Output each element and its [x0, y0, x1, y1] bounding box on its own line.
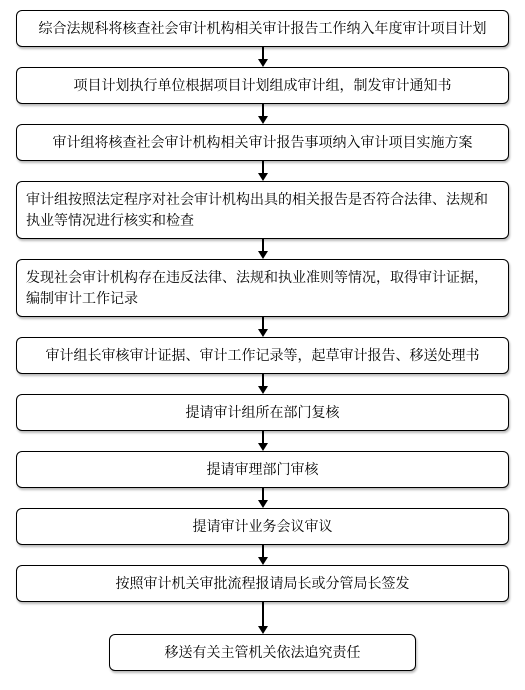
arrow-down-icon: [258, 104, 268, 124]
flow-step-trial-department-review-label: 提请审理部门审核: [207, 459, 319, 480]
arrow-down-icon: [258, 374, 268, 394]
arrow-down-icon: [258, 545, 268, 565]
flow-step-annual-plan-label: 综合法规科将核查社会审计机构相关审计报告工作纳入年度审计项目计划: [39, 18, 487, 39]
flow-step-annual-plan: 综合法规科将核查社会审计机构相关审计报告工作纳入年度审计项目计划: [16, 10, 509, 47]
arrow-down-icon: [258, 239, 268, 259]
arrow-down-icon: [258, 47, 268, 67]
flow-step-director-signoff: 按照审计机关审批流程报请局长或分管局长签发: [16, 565, 509, 602]
flow-step-department-recheck-label: 提请审计组所在部门复核: [186, 402, 340, 423]
flow-step-implementation-plan-label: 审计组将核查社会审计机构相关审计报告事项纳入审计项目实施方案: [53, 132, 473, 153]
arrow-down-icon: [258, 431, 268, 451]
flow-step-verify-reports-label: 审计组按照法定程序对社会审计机构出具的相关报告是否符合法律、法规和执业等情况进行…: [26, 189, 499, 231]
flow-step-team-leader-review: 审计组长审核审计证据、审计工作记录等，起草审计报告、移送处理书: [16, 337, 509, 374]
flow-step-team-leader-review-label: 审计组长审核审计证据、审计工作记录等，起草审计报告、移送处理书: [46, 345, 480, 366]
flow-step-director-signoff-label: 按照审计机关审批流程报请局长或分管局长签发: [116, 573, 410, 594]
flow-step-business-meeting-deliberation-label: 提请审计业务会议审议: [193, 516, 333, 537]
flow-step-implementation-plan: 审计组将核查社会审计机构相关审计报告事项纳入审计项目实施方案: [16, 124, 509, 161]
flowchart: 综合法规科将核查社会审计机构相关审计报告工作纳入年度审计项目计划 项目计划执行单…: [0, 0, 525, 690]
flow-step-transfer-responsibility-label: 移送有关主管机关依法追究责任: [165, 642, 361, 663]
arrow-down-icon: [258, 602, 268, 634]
flow-step-department-recheck: 提请审计组所在部门复核: [16, 394, 509, 431]
flow-step-form-audit-team: 项目计划执行单位根据项目计划组成审计组，制发审计通知书: [16, 67, 509, 104]
arrow-down-icon: [258, 488, 268, 508]
flow-step-verify-reports: 审计组按照法定程序对社会审计机构出具的相关报告是否符合法律、法规和执业等情况进行…: [16, 181, 509, 239]
flow-step-obtain-evidence-label: 发现社会审计机构存在违反法律、法规和执业准则等情况，取得审计证据，编制审计工作记…: [26, 267, 499, 309]
flow-step-business-meeting-deliberation: 提请审计业务会议审议: [16, 508, 509, 545]
flow-step-transfer-responsibility: 移送有关主管机关依法追究责任: [109, 634, 416, 671]
flow-step-trial-department-review: 提请审理部门审核: [16, 451, 509, 488]
arrow-down-icon: [258, 161, 268, 181]
flow-step-obtain-evidence: 发现社会审计机构存在违反法律、法规和执业准则等情况，取得审计证据，编制审计工作记…: [16, 259, 509, 317]
flow-step-form-audit-team-label: 项目计划执行单位根据项目计划组成审计组，制发审计通知书: [74, 75, 452, 96]
arrow-down-icon: [258, 317, 268, 337]
